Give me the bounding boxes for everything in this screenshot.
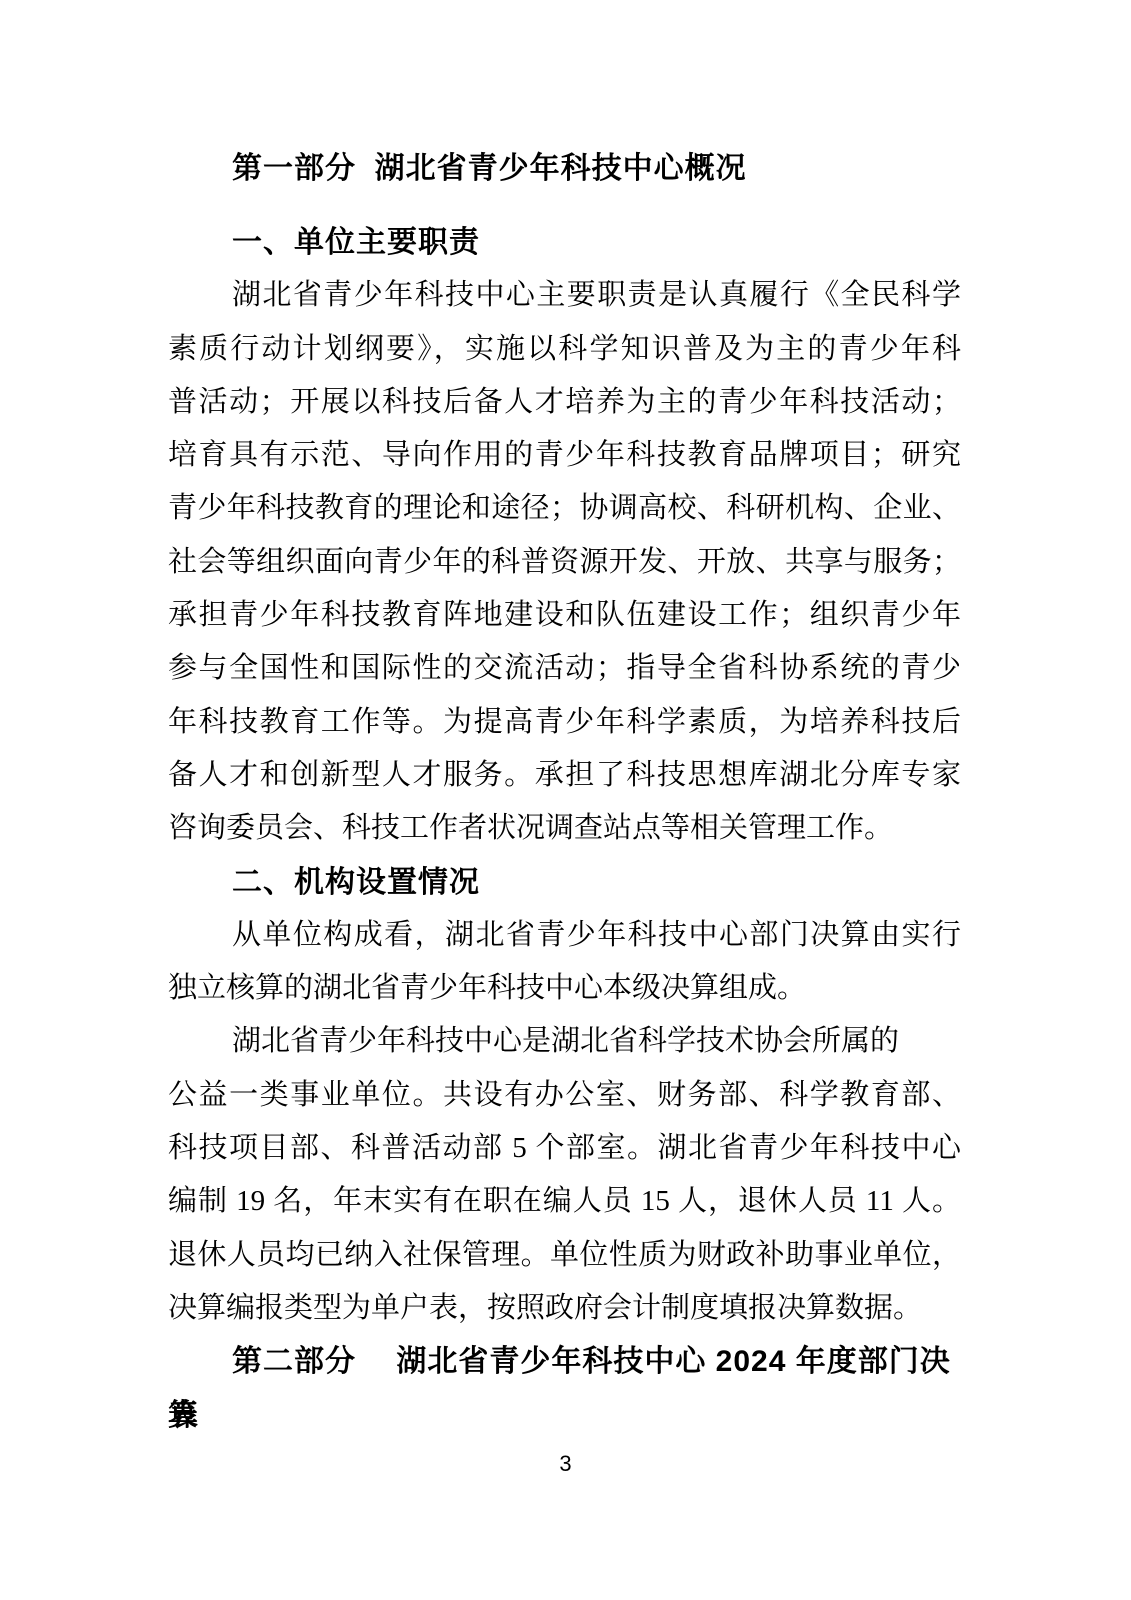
text-line: 培育具有示范、导向作用的青少年科技教育品牌项目；研究 [168, 429, 961, 482]
text-line: 备人才和创新型人才服务。承担了科技思想库湖北分库专家 [168, 749, 961, 802]
section1-heading: 一、单位主要职责 [168, 216, 961, 269]
part2-title-line2: 表 [168, 1389, 961, 1442]
text-line: 社会等组织面向青少年的科普资源开发、开放、共享与服务； [168, 536, 961, 589]
text-line: 素质行动计划纲要》，实施以科学知识普及为主的青少年科 [168, 323, 961, 376]
part2-title-line1: 第二部分 湖北省青少年科技中心 2024 年度部门决算 [168, 1335, 961, 1388]
text-line: 普活动；开展以科技后备人才培养为主的青少年科技活动； [168, 376, 961, 429]
text-line: 编制 19 名，年末实有在职在编人员 15 人，退休人员 11 人。 [168, 1175, 961, 1228]
text-line: 湖北省青少年科技中心是湖北省科学技术协会所属的 [168, 1015, 961, 1068]
text-line: 年科技教育工作等。为提高青少年科学素质，为培养科技后 [168, 696, 961, 749]
text-line: 咨询委员会、科技工作者状况调查站点等相关管理工作。 [168, 802, 961, 855]
text-line: 独立核算的湖北省青少年科技中心本级决算组成。 [168, 962, 961, 1015]
page-content: 第一部分 湖北省青少年科技中心概况 一、单位主要职责 湖北省青少年科技中心主要职… [168, 142, 961, 1442]
text-line: 参与全国性和国际性的交流活动；指导全省科协系统的青少 [168, 642, 961, 695]
text-line: 退休人员均已纳入社保管理。单位性质为财政补助事业单位， [168, 1229, 961, 1282]
page-number: 3 [0, 1447, 1131, 1481]
section2-heading: 二、机构设置情况 [168, 856, 961, 909]
text-line: 决算编报类型为单户表，按照政府会计制度填报决算数据。 [168, 1282, 961, 1335]
text-line: 从单位构成看，湖北省青少年科技中心部门决算由实行 [168, 909, 961, 962]
document-page: 第一部分 湖北省青少年科技中心概况 一、单位主要职责 湖北省青少年科技中心主要职… [0, 0, 1131, 1600]
text-line: 青少年科技教育的理论和途径；协调高校、科研机构、企业、 [168, 482, 961, 535]
text-line: 科技项目部、科普活动部 5 个部室。湖北省青少年科技中心 [168, 1122, 961, 1175]
text-line: 公益一类事业单位。共设有办公室、财务部、科学教育部、 [168, 1069, 961, 1122]
text-line: 湖北省青少年科技中心主要职责是认真履行《全民科学 [168, 269, 961, 322]
part1-title: 第一部分 湖北省青少年科技中心概况 [168, 142, 961, 196]
text-line: 承担青少年科技教育阵地建设和队伍建设工作；组织青少年 [168, 589, 961, 642]
